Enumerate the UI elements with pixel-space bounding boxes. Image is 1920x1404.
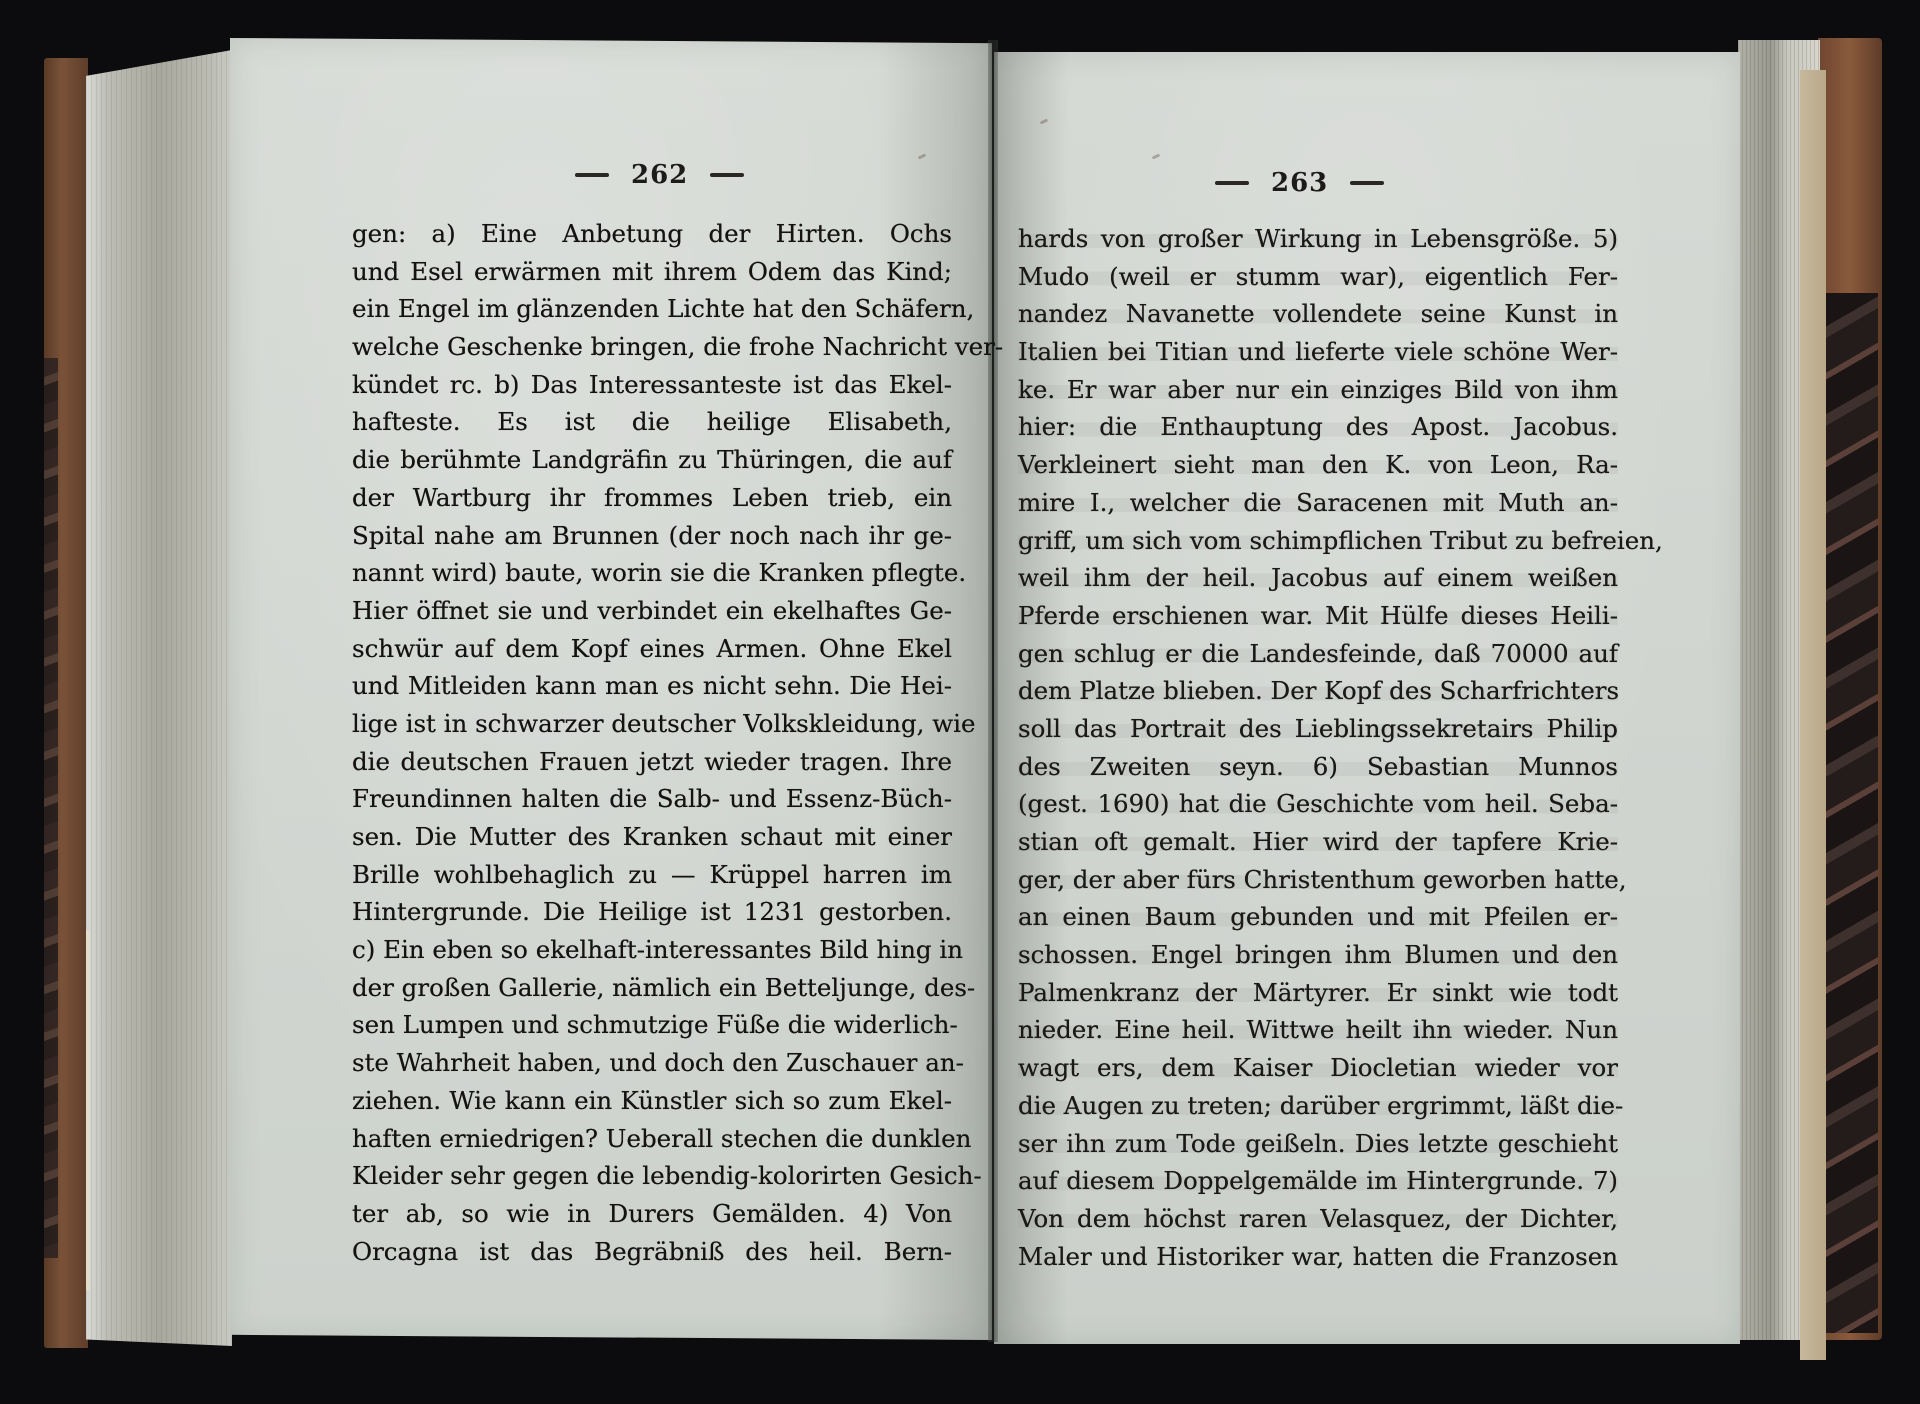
right-flyleaf [1800,70,1826,1360]
header-dash [1215,181,1249,185]
text-line: nieder. Eine heil. Wittwe heilt ihn wied… [1018,1011,1618,1049]
text-line: kündet rc. b) Das Interessanteste ist da… [352,366,952,404]
left-page-number: 262 [631,160,688,190]
text-line: an einen Baum gebunden und mit Pfeilen e… [1018,898,1618,936]
text-line: mire I., welcher die Saracenen mit Muth … [1018,484,1618,522]
right-page-edges [1738,40,1820,1340]
left-page-text: gen: a) Eine Anbetung der Hirten. Ochsun… [352,215,952,1270]
right-cover [1818,38,1882,1340]
text-line: der großen Gallerie, nämlich ein Bettelj… [352,969,952,1007]
text-line: soll das Portrait des Lieblingssekretair… [1018,710,1618,748]
text-line: schossen. Engel bringen ihm Blumen und d… [1018,936,1618,974]
text-line: Von dem höchst raren Velasquez, der Dich… [1018,1200,1618,1238]
text-line: ser ihn zum Tode geißeln. Dies letzte ge… [1018,1125,1618,1163]
text-line: ste Wahrheit haben, und doch den Zuschau… [352,1044,952,1082]
text-line: die berühmte Landgräfin zu Thüringen, di… [352,441,952,479]
text-line: (gest. 1690) hat die Geschichte vom heil… [1018,785,1618,823]
text-line: Spital nahe am Brunnen (der noch nach ih… [352,517,952,555]
text-line: c) Ein eben so ekelhaft-interessantes Bi… [352,931,952,969]
text-line: welche Geschenke bringen, die frohe Nach… [352,328,952,366]
header-dash [1350,181,1384,185]
text-line: gen schlug er die Landesfeinde, daß 7000… [1018,635,1618,673]
text-line: weil ihm der heil. Jacobus auf einem wei… [1018,559,1618,597]
text-line: schwür auf dem Kopf eines Armen. Ohne Ek… [352,630,952,668]
text-line: Brille wohlbehaglich zu — Krüppel harren… [352,856,952,894]
text-line: ter ab, so wie in Durers Gemälden. 4) Vo… [352,1195,952,1233]
text-line: Hier öffnet sie und verbindet ein ekelha… [352,592,952,630]
text-line: und Mitleiden kann man es nicht sehn. Di… [352,667,952,705]
text-line: sen. Die Mutter des Kranken schaut mit e… [352,818,952,856]
text-line: Kleider sehr gegen die lebendig-kolorirt… [352,1157,952,1195]
text-line: gen: a) Eine Anbetung der Hirten. Ochs [352,215,952,253]
gutter [988,40,998,1342]
text-line: ziehen. Wie kann ein Künstler sich so zu… [352,1082,952,1120]
text-line: ein Engel im glänzenden Lichte hat den S… [352,290,952,328]
text-line: dem Platze blieben. Der Kopf des Scharfr… [1018,672,1618,710]
text-line: lige ist in schwarzer deutscher Volkskle… [352,705,952,743]
text-line: Freundinnen halten die Salb- und Essenz-… [352,780,952,818]
text-line: hier: die Enthauptung des Apost. Jacobus… [1018,408,1618,446]
right-page-text: hards von großer Wirkung in Lebensgröße.… [1018,220,1618,1275]
text-line: und Esel erwärmen mit ihrem Odem das Kin… [352,253,952,291]
text-line: Orcagna ist das Begräbniß des heil. Bern… [352,1233,952,1271]
text-line: des Zweiten seyn. 6) Sebastian Munnos [1018,748,1618,786]
right-page-header: 263 [1215,168,1384,198]
text-line: der Wartburg ihr frommes Leben trieb, ei… [352,479,952,517]
text-line: Pferde erschienen war. Mit Hülfe dieses … [1018,597,1618,635]
text-line: Hintergrunde. Die Heilige ist 1231 gesto… [352,893,952,931]
text-line: Verkleinert sieht man den K. von Leon, R… [1018,446,1618,484]
text-line: haften erniedrigen? Ueberall stechen die… [352,1120,952,1158]
text-line: nandez Navanette vollendete seine Kunst … [1018,295,1618,333]
text-line: ke. Er war aber nur ein einziges Bild vo… [1018,371,1618,409]
header-dash [575,173,609,177]
text-line: wagt ers, dem Kaiser Diocletian wieder v… [1018,1049,1618,1087]
text-line: Italien bei Titian und lieferte viele sc… [1018,333,1618,371]
text-line: Palmenkranz der Märtyrer. Er sinkt wie t… [1018,974,1618,1012]
left-page-edges [86,50,232,1346]
text-line: die deutschen Frauen jetzt wieder tragen… [352,743,952,781]
text-line: die Augen zu treten; darüber ergrimmt, l… [1018,1087,1618,1125]
text-line: Maler und Historiker war, hatten die Fra… [1018,1238,1618,1276]
marbled-board-left [44,358,58,1258]
text-line: stian oft gemalt. Hier wird der tapfere … [1018,823,1618,861]
text-line: hafteste. Es ist die heilige Elisabeth, [352,403,952,441]
text-line: hards von großer Wirkung in Lebensgröße.… [1018,220,1618,258]
text-line: griff, um sich vom schimpflichen Tribut … [1018,522,1618,560]
text-line: Mudo (weil er stumm war), eigentlich Fer… [1018,258,1618,296]
text-line: nannt wird) baute, worin sie die Kranken… [352,554,952,592]
left-page-header: 262 [575,160,744,190]
text-line: ger, der aber fürs Christenthum geworben… [1018,861,1618,899]
marbled-board-right [1824,293,1878,1333]
right-page-number: 263 [1271,168,1328,198]
left-cover [44,58,88,1348]
text-line: sen Lumpen und schmutzige Füße die wider… [352,1006,952,1044]
text-line: auf diesem Doppelgemälde im Hintergrunde… [1018,1162,1618,1200]
header-dash [710,173,744,177]
